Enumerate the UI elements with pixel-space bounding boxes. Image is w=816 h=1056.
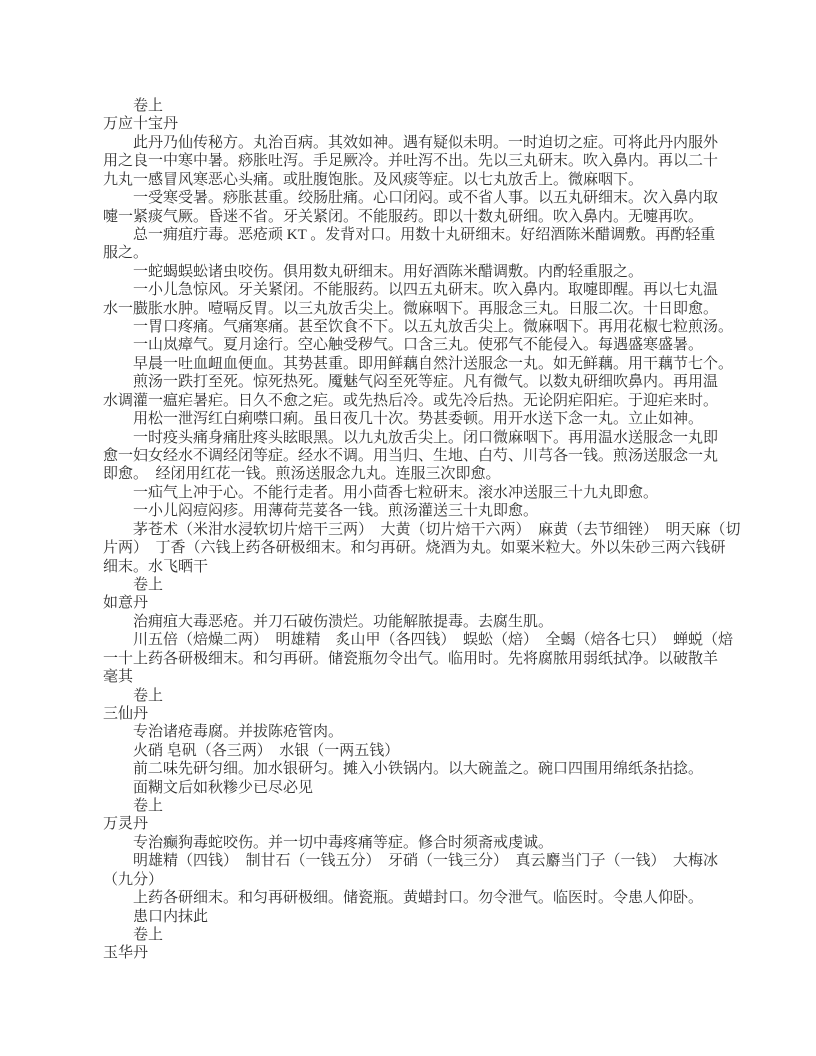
text-line: 专治诸疮毒腐。并拔陈疮管肉。 <box>103 723 721 741</box>
text-line: 一小儿急惊风。牙关紧闭。不能服药。以四五丸研末。吹入鼻内。取嚏即醒。再以七丸温 <box>103 281 721 299</box>
document-text: 卷上万应十宝丹此丹乃仙传秘方。丸治百病。其效如神。遇有疑似未明。一时迫切之症。可… <box>103 97 721 963</box>
text-line: 火硝 皂矾（各三两） 水银（一两五钱） <box>103 742 721 760</box>
text-line: 卷上 <box>103 576 721 594</box>
text-line: 三仙丹 <box>103 705 721 723</box>
text-line: 卷上 <box>103 797 721 815</box>
text-line: 面糊文后如秋糁少已尽必见 <box>103 779 721 797</box>
text-line: 毫其 <box>103 668 721 686</box>
text-line: 用之良一中寒中暑。痧胀吐泻。手足厥冷。并吐泻不出。先以三丸研末。吹入鼻内。再以二… <box>103 152 721 170</box>
text-line: 煎汤一跌打至死。惊死热死。魇魅气闷至死等症。凡有微气。以数丸研细吹鼻内。再用温 <box>103 373 721 391</box>
text-line: 卷上 <box>103 926 721 944</box>
text-line: 一受寒受暑。痧胀甚重。绞肠肚痛。心口闭闷。或不省人事。以五丸研细末。次入鼻内取 <box>103 189 721 207</box>
text-line: 用松一泄泻红白痢噤口痢。虽日夜几十次。势甚委顿。用开水送下念一丸。立止如神。 <box>103 410 721 428</box>
text-line: 总一痈疽疔毒。恶疮顽 KT 。发背对口。用数十丸研细末。好绍酒陈米醋调敷。再酌轻… <box>103 226 721 244</box>
text-line: 一小儿闷痘闷疹。用薄荷芫荽各一钱。煎汤灌送三十丸即愈。 <box>103 502 721 520</box>
text-line: 专治癫狗毒蛇咬伤。并一切中毒疼痛等症。修合时须斋戒虔诚。 <box>103 834 721 852</box>
text-line: 前二味先研匀细。加水银研匀。摊入小铁锅内。以大碗盖之。碗口四围用绵纸条拈捻。 <box>103 760 721 778</box>
text-line: 一山岚瘴气。夏月途行。空心触受秽气。口含三丸。使邪气不能侵入。每遇盛寒盛暑。 <box>103 336 721 354</box>
text-line: 卷上 <box>103 687 721 705</box>
text-line: 即愈。 经闭用红花一钱。煎汤送服念九丸。连服三次即愈。 <box>103 465 721 483</box>
text-line: 嚏一紧痰气厥。昏迷不省。牙关紧闭。不能服药。即以十数丸研细。吹入鼻内。无嚏再吹。 <box>103 208 721 226</box>
text-line: 愈一妇女经水不调经闭等症。经水不调。用当归、生地、白芍、川芎各一钱。煎汤送服念一… <box>103 447 721 465</box>
text-line: 治痈疽大毒恶疮。并刀石破伤溃烂。功能解脓提毒。去腐生肌。 <box>103 613 721 631</box>
text-line: 卷上 <box>103 97 721 115</box>
text-line: 水调灌一瘟疟暑疟。日久不愈之疟。或先热后冷。或先冷后热。无论阴疟阳疟。于迎疟来时… <box>103 392 721 410</box>
text-line: 此丹乃仙传秘方。丸治百病。其效如神。遇有疑似未明。一时迫切之症。可将此丹内服外 <box>103 134 721 152</box>
text-line: 川五倍（焙燥二两） 明雄精 炙山甲（各四钱） 蜈蚣（焙） 全蝎（焙各七只） 蝉蜕… <box>103 631 721 649</box>
text-line: 一十上药各研极细末。和匀再研。储瓷瓶勿令出气。临用时。先将腐脓用弱纸拭净。以破散… <box>103 650 721 668</box>
text-line: 早晨一吐血衄血便血。其势甚重。即用鲜藕自然汁送服念一丸。如无鲜藕。用干藕节七个。 <box>103 355 721 373</box>
text-line: 一疝气上冲于心。不能行走者。用小茴香七粒研末。滚水冲送服三十九丸即愈。 <box>103 484 721 502</box>
text-line: 如意丹 <box>103 594 721 612</box>
text-line: （九分） <box>103 871 721 889</box>
text-line: 片两） 丁香（六钱上药各研极细末。和匀再研。烧酒为丸。如粟米粒大。外以朱砂三两六… <box>103 539 721 557</box>
text-line: 服之。 <box>103 244 721 262</box>
text-line: 细末。水飞晒干 <box>103 558 721 576</box>
text-line: 万灵丹 <box>103 815 721 833</box>
text-line: 九丸一感冒风寒恶心头痛。或肚腹饱胀。及风痰等症。以七丸放舌上。微麻咽下。 <box>103 171 721 189</box>
text-line: 玉华丹 <box>103 944 721 962</box>
text-line: 万应十宝丹 <box>103 115 721 133</box>
text-line: 一时疫头痛身痛肚疼头眩眼黑。以九丸放舌尖上。闭口微麻咽下。再用温水送服念一丸即 <box>103 429 721 447</box>
text-line: 一蛇蝎蜈蚣诸虫咬伤。俱用数丸研细末。用好酒陈米醋调敷。内酌轻重服之。 <box>103 263 721 281</box>
text-line: 茅苍术（米泔水浸软切片焙干三两） 大黄（切片焙干六两） 麻黄（去节细锉） 明天麻… <box>103 521 721 539</box>
text-line: 水一臌胀水肿。噎嗝反胃。以三丸放舌尖上。微麻咽下。再服念三丸。日服二次。十日即愈… <box>103 300 721 318</box>
text-line: 患口内抹此 <box>103 908 721 926</box>
document-page: 卷上万应十宝丹此丹乃仙传秘方。丸治百病。其效如神。遇有疑似未明。一时迫切之症。可… <box>0 0 816 1056</box>
text-line: 一胃口疼痛。气痛寒痛。甚至饮食不下。以五丸放舌尖上。微麻咽下。再用花椒七粒煎汤。 <box>103 318 721 336</box>
text-line: 明雄精（四钱） 制甘石（一钱五分） 牙硝（一钱三分） 真云麝当门子（一钱） 大梅… <box>103 852 721 870</box>
text-line: 上药各研细末。和匀再研极细。储瓷瓶。黄蜡封口。勿令泄气。临医时。令患人仰卧。 <box>103 889 721 907</box>
